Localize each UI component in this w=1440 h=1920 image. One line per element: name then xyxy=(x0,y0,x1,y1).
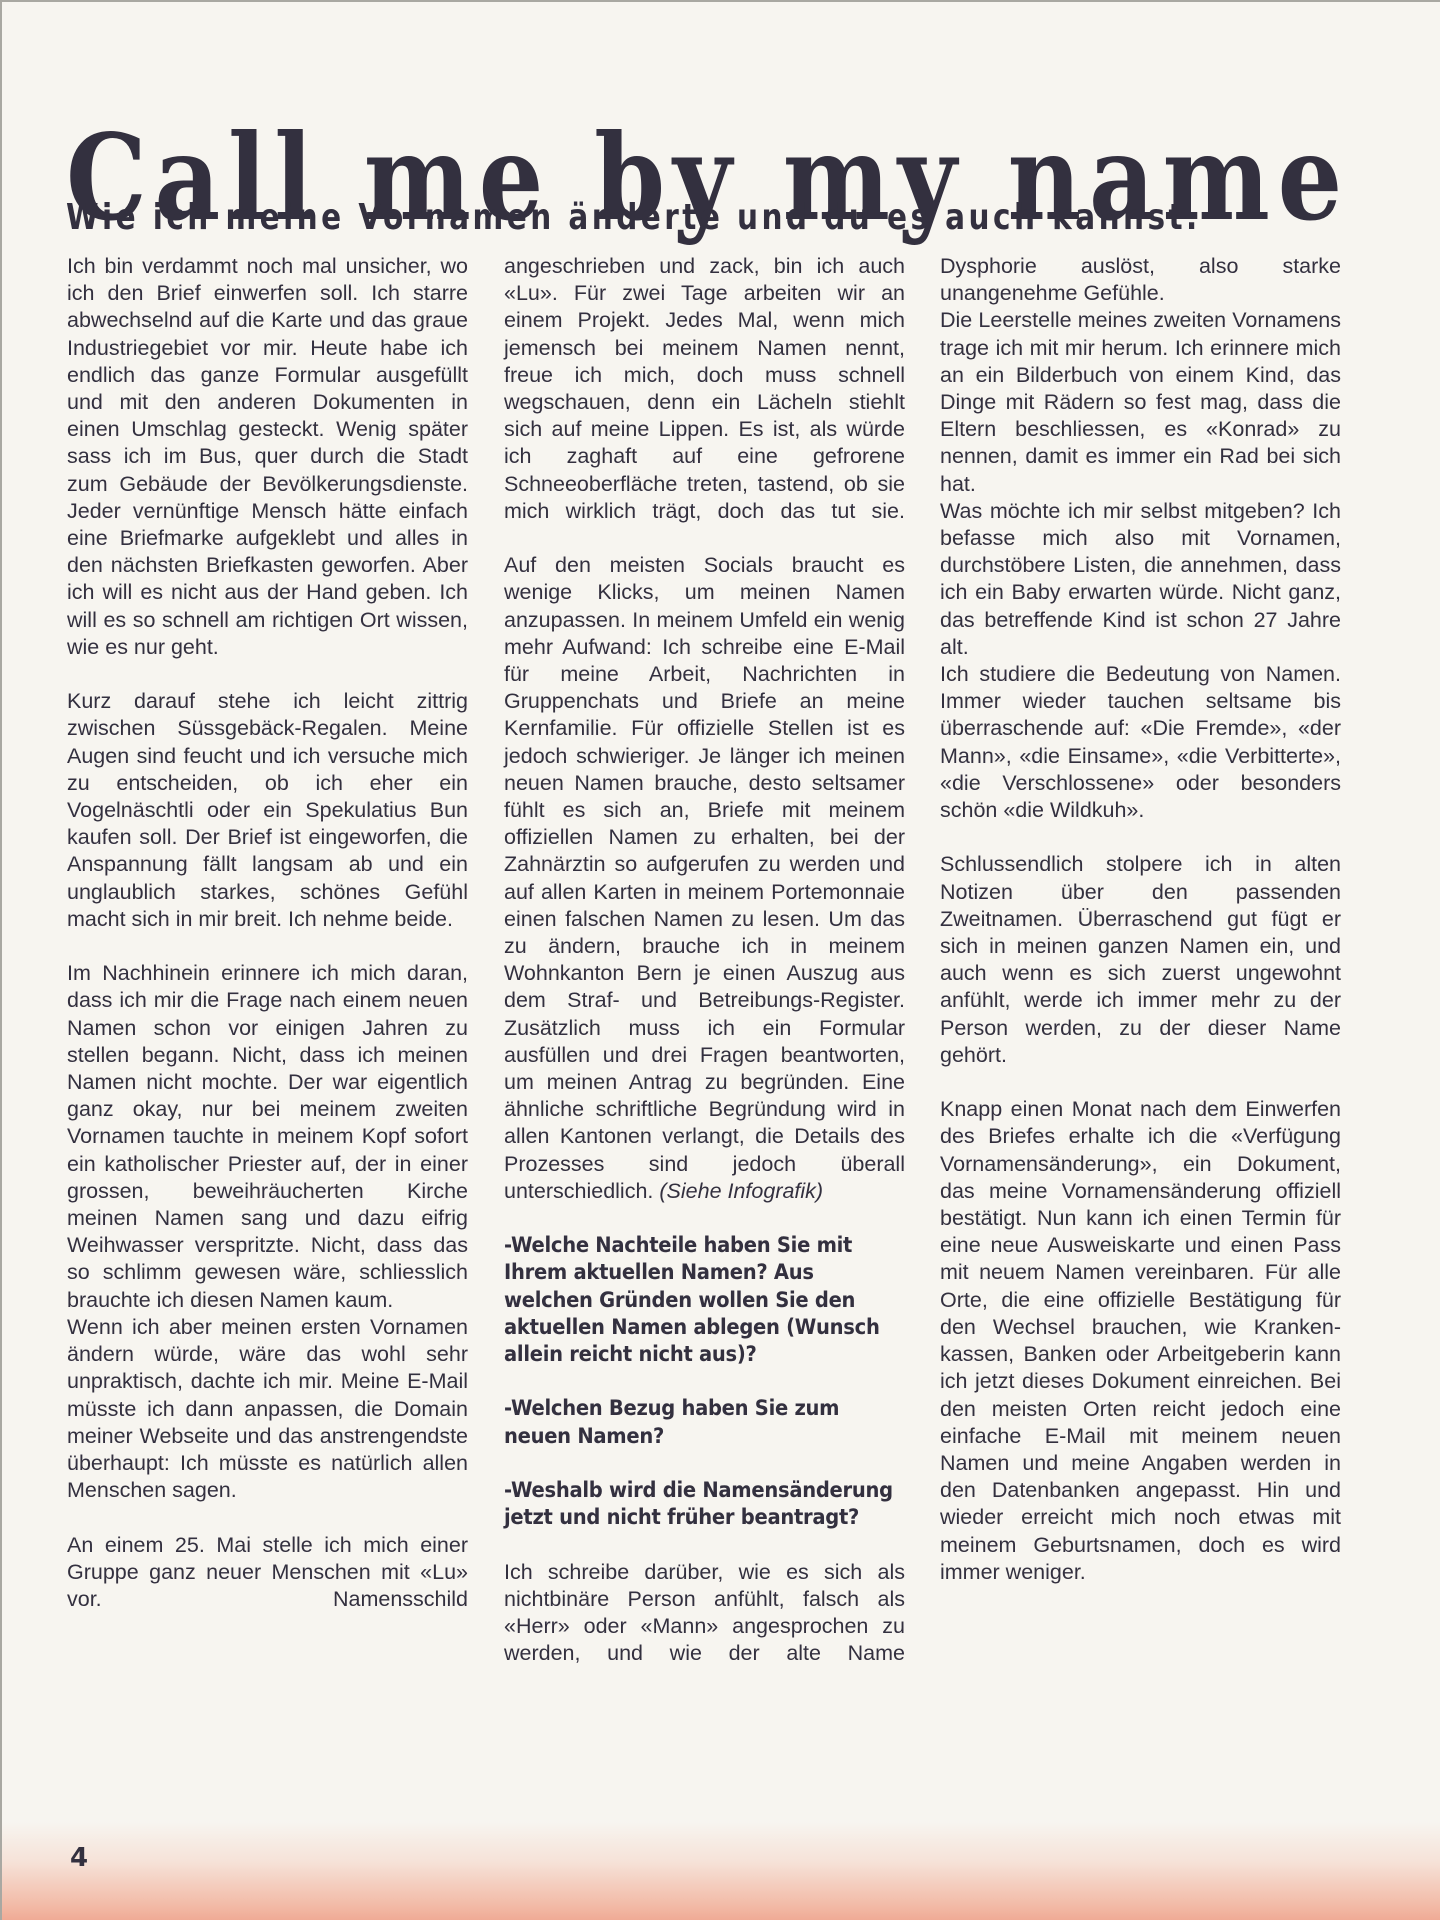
paragraph: Auf den meisten Socials braucht es wenig… xyxy=(504,552,905,1205)
paragraph: Ich schreibe darüber, wie es sich als ni… xyxy=(504,1559,905,1668)
paragraph: Im Nachhinein erinnere ich mich daran, d… xyxy=(67,960,468,1314)
paragraph-text: Auf den meisten Socials braucht es wenig… xyxy=(504,553,905,1203)
text-column-2: angeschrieben und zack, bin ich auch «Lu… xyxy=(504,253,905,1667)
application-question: -Weshalb wird die Namensänderung jetzt u… xyxy=(504,1477,904,1531)
paragraph: Was möchte ich mir selbst mitgeben? Ich … xyxy=(940,498,1341,661)
text-column-3: Dysphorie auslöst, also starke unangeneh… xyxy=(940,253,1341,1586)
paragraph: Ich bin verdammt noch mal unsicher, wo i… xyxy=(67,253,468,661)
magazine-page: Call me by my name Wie ich meine Vorname… xyxy=(0,0,1440,1920)
application-question: -Welchen Bezug haben Sie zum neuen Namen… xyxy=(504,1395,904,1449)
paragraph: An einem 25. Mai stelle ich mich einer G… xyxy=(67,1532,468,1614)
text-column-1: Ich bin verdammt noch mal unsicher, wo i… xyxy=(67,253,468,1613)
infographic-reference: (Siehe Infografik) xyxy=(659,1179,823,1203)
paragraph: Schlussendlich stolpere ich in alten Not… xyxy=(940,851,1341,1069)
paragraph: Die Leerstelle meines zweiten Vornamens … xyxy=(940,307,1341,497)
paragraph: Dysphorie auslöst, also starke unangeneh… xyxy=(940,253,1341,307)
paragraph: Kurz darauf stehe ich leicht zittrig zwi… xyxy=(67,688,468,933)
application-question: -Welche Nachteile haben Sie mit Ihrem ak… xyxy=(504,1232,904,1368)
article-subtitle: Wie ich meine Vornamen änderte und du es… xyxy=(66,200,1201,236)
paragraph: Ich studiere die Bedeutung von Namen. Im… xyxy=(940,661,1341,824)
paragraph: Knapp einen Monat nach dem Einwerfen des… xyxy=(940,1096,1341,1586)
page-number: 4 xyxy=(70,1845,88,1871)
paragraph: Wenn ich aber meinen ersten Vornamen änd… xyxy=(67,1314,468,1504)
paragraph: angeschrieben und zack, bin ich auch «Lu… xyxy=(504,253,905,525)
